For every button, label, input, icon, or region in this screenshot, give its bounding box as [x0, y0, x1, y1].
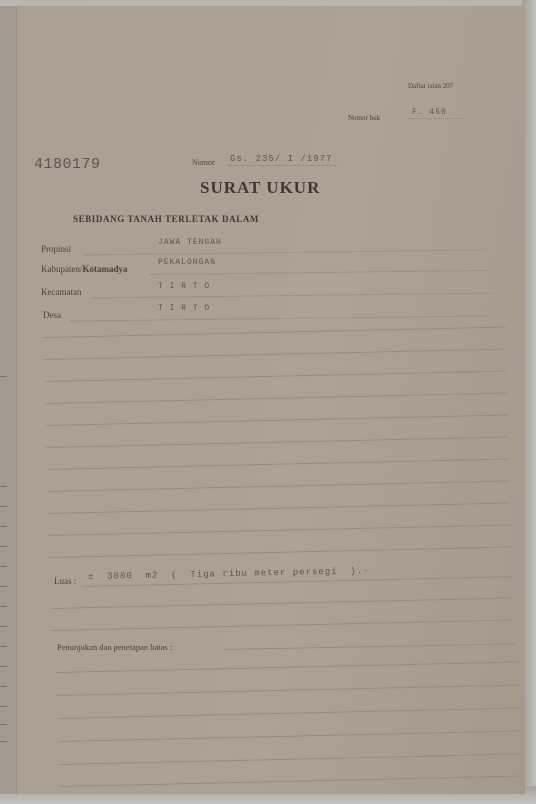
field-label-propinsi: Propinsi [41, 244, 71, 254]
binding-margin [0, 6, 17, 794]
field-label-desa: Desa [43, 310, 61, 320]
field-label-kotamadya: Kotamadya [82, 264, 127, 274]
field-label-kabupaten-plain: Kabupaten/ [41, 264, 82, 274]
margin-tick [0, 586, 7, 587]
field-value-propinsi: JAWA TENGAH [158, 238, 222, 247]
margin-tick [0, 686, 7, 687]
field-value-desa: T I R T O [158, 304, 210, 313]
document-subtitle: SEBIDANG TANAH TERLETAK DALAM [73, 214, 259, 224]
margin-tick [0, 706, 7, 707]
margin-tick [0, 666, 7, 667]
field-label-kabupaten: Kabupaten/Kotamadya [41, 264, 127, 274]
margin-tick [0, 646, 7, 647]
boundary-label: Penunjukan dan penetapan batas : [57, 642, 172, 652]
margin-tick [0, 566, 7, 567]
nomor-label: Nomor [192, 158, 215, 167]
form-code-label: Daftar isian 207 [408, 82, 453, 90]
field-value-kabupaten: PEKALONGAN [158, 258, 216, 267]
margin-tick [0, 546, 7, 547]
nomor-line [228, 165, 338, 166]
margin-tick [0, 506, 7, 507]
area-label: Luas : [54, 576, 76, 586]
nomor-value: Gs. 235/ I /1977 [230, 154, 332, 164]
book-number-line [408, 118, 462, 119]
field-label-kecamatan: Kecamatan [41, 287, 81, 297]
margin-tick [0, 526, 7, 527]
document-title: SURAT UKUR [200, 178, 320, 198]
margin-tick [0, 376, 7, 377]
serial-number: 4180179 [34, 156, 101, 173]
margin-tick [0, 741, 7, 742]
document-page [0, 6, 525, 794]
book-number-value: F. 450 [412, 108, 447, 117]
margin-tick [0, 606, 7, 607]
field-value-kecamatan: T I R T O [158, 282, 210, 291]
book-number-label: Nomor buk [348, 114, 380, 122]
margin-tick [0, 626, 7, 627]
margin-tick [0, 486, 7, 487]
margin-tick [0, 724, 7, 725]
